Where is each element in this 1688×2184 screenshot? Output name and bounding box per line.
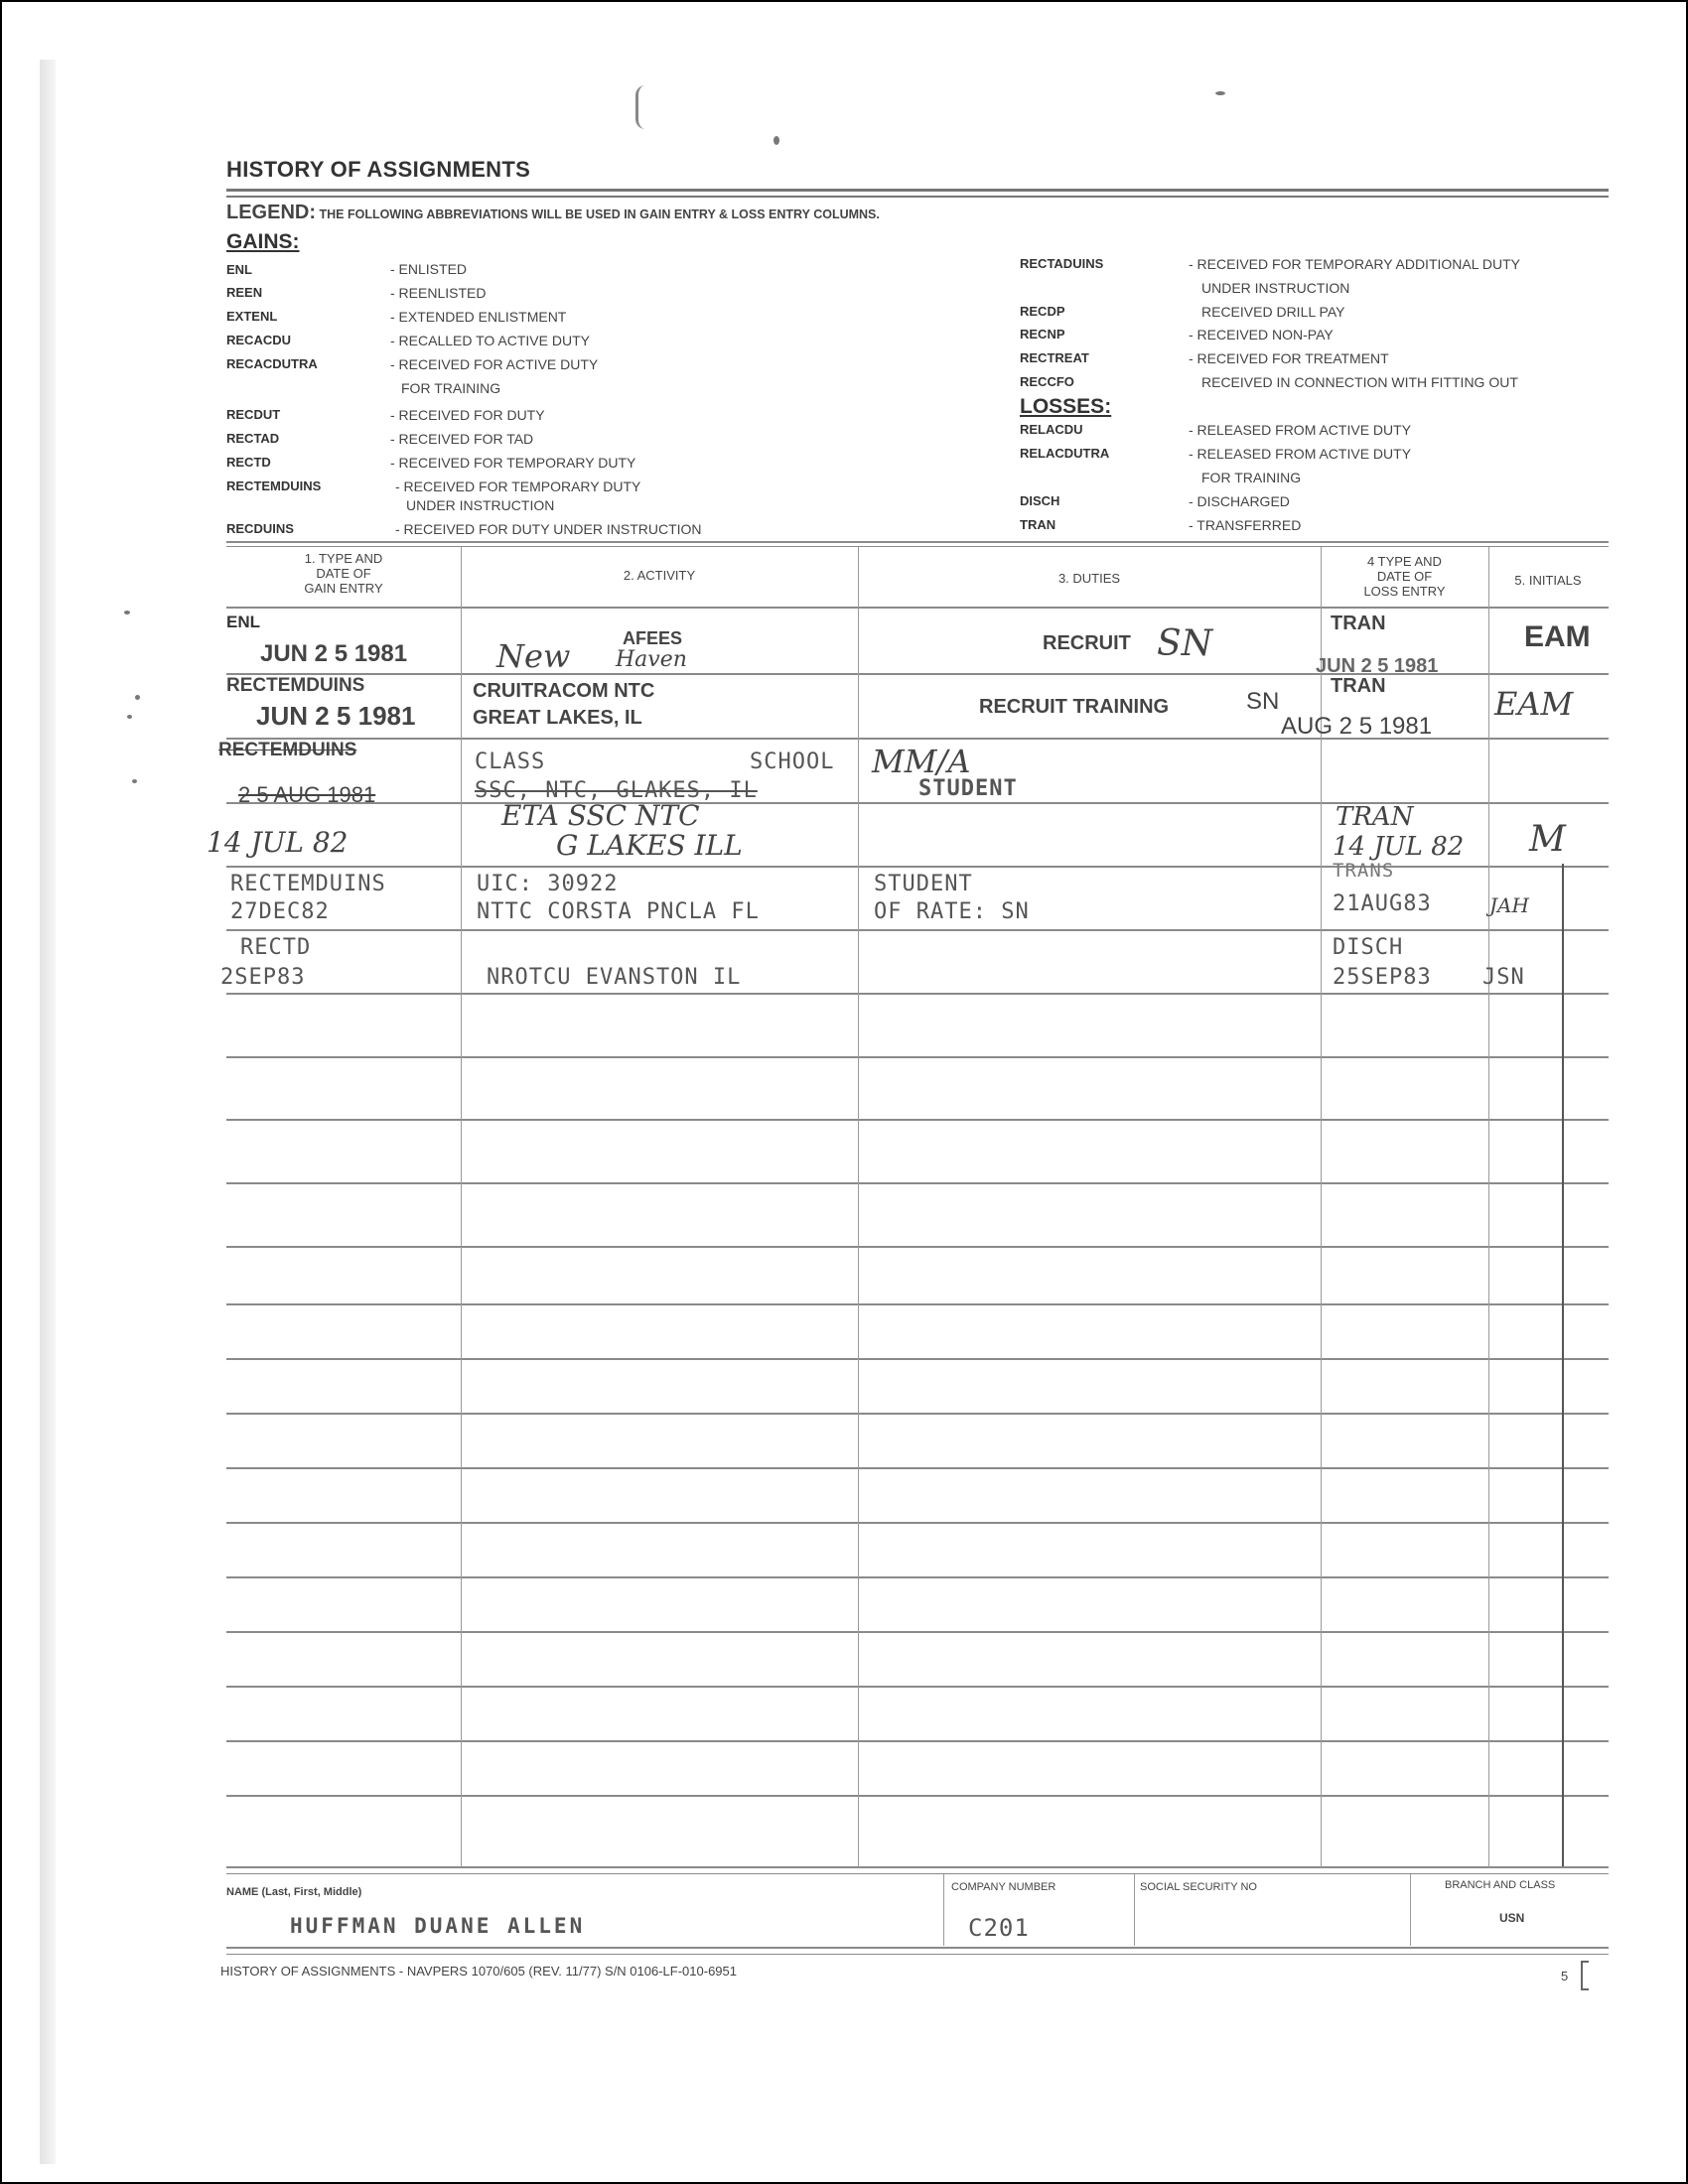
row2-activity-line2: GREAT LAKES, IL [473,707,642,730]
table-top-rule [226,541,1609,543]
row3-activity-school: SCHOOL [750,750,834,774]
header-gain-entry: 1. TYPE AND DATE OF GAIN ENTRY [226,551,461,596]
legend-desc-cont: FOR TRAINING [1201,470,1301,485]
title-rule-top [226,189,1609,192]
branch-label: BRANCH AND CLASS [1445,1879,1555,1891]
row-rule [226,866,1609,868]
col-divider-2 [858,547,859,1867]
legend-desc: - DISCHARGED [1189,493,1290,509]
row-rule [226,1246,1609,1248]
scan-speck [127,715,132,719]
row5-duties-line2: OF RATE: SN [874,899,1030,924]
legend-code: RECTREAT [1020,350,1089,365]
row6-gain-type: RECTD [240,935,311,960]
row4-loss-date: 14 JUL 82 [1333,832,1464,862]
losses-heading: LOSSES: [1020,395,1111,419]
legend-code: TRAN [1020,517,1055,532]
legend-code: RECCFO [1020,374,1074,389]
form-title: HISTORY OF ASSIGNMENTS [226,157,530,183]
legend-code: RECTAD [226,431,279,446]
name-label: NAME (Last, First, Middle) [226,1886,361,1898]
scan-speck [124,611,130,614]
legend-desc: - RECALLED TO ACTIVE DUTY [390,333,590,348]
title-rule-bottom [226,196,1609,198]
legend-desc-cont: UNDER INSTRUCTION [1201,280,1349,296]
legend-desc: - RELEASED FROM ACTIVE DUTY [1189,422,1411,438]
legend-code: EXTENL [226,309,277,324]
row2-gain-type: RECTEMDUINS [226,675,364,697]
scan-mark-bracket [635,85,648,129]
header-duties: 3. DUTIES [858,571,1321,586]
legend-code: RECDUT [226,407,280,422]
row-rule [226,1119,1609,1121]
handdrawn-margin-line [1562,864,1564,1866]
row5-loss-date: 21AUG83 [1333,891,1432,916]
row5-gain-type: RECTEMDUINS [230,872,386,896]
row-rule [226,1358,1609,1360]
footer-divider-1 [943,1874,944,1946]
row2-loss-date: AUG 2 5 1981 [1281,713,1432,741]
row3-gain-date: 2 5 AUG 1981 [238,782,375,808]
legend-code: RECNP [1020,327,1065,341]
row4-gain-date: 14 JUL 82 [207,826,348,859]
legend-code: REEN [226,285,262,300]
row5-loss-type: TRANS [1333,860,1394,882]
row-rule [226,1522,1609,1524]
row3-gain-type: RECTEMDUINS [218,740,356,761]
row2-gain-date: JUN 2 5 1981 [256,701,415,732]
row1-gain-type: ENL [226,613,260,632]
row-rule [226,1740,1609,1742]
header-loss-entry: 4 TYPE AND DATE OF LOSS ENTRY [1321,554,1488,599]
row5-initials: JAH [1489,893,1529,917]
scan-speck [132,779,137,783]
row-rule [226,1795,1609,1797]
row-rule [226,1182,1609,1184]
legend-desc: - TRANSFERRED [1189,517,1301,533]
col-divider-4 [1488,547,1489,1867]
scan-mark-dot [774,136,779,145]
legend-code: RECDP [1020,304,1065,319]
row6-activity: NROTCU EVANSTON IL [487,965,741,990]
page-bracket-mark [1581,1961,1589,1990]
legend-desc: - RECEIVED FOR TEMPORARY ADDITIONAL DUTY [1189,256,1520,272]
row5-gain-date: 27DEC82 [230,899,330,924]
row2-duties-rate: SN [1246,688,1279,716]
row6-initials: JSN [1482,965,1525,990]
table-bottom-rule [226,1866,1609,1868]
legend-intro: LEGEND: THE FOLLOWING ABBREVIATIONS WILL… [226,202,880,224]
col-divider-1 [461,547,462,1867]
header-activity: 2. ACTIVITY [461,568,858,583]
row-rule [226,929,1609,931]
row-rule [226,993,1609,995]
form-identifier: HISTORY OF ASSIGNMENTS - NAVPERS 1070/60… [220,1964,737,1979]
company-number-label: COMPANY NUMBER [951,1881,1055,1893]
row5-activity-location: NTTC CORSTA PNCLA FL [477,899,760,924]
row6-gain-date: 2SEP83 [220,965,305,990]
row-rule [226,1686,1609,1688]
scan-speck [135,695,140,700]
legend-desc-cont: UNDER INSTRUCTION [406,497,554,513]
name-value: HUFFMAN DUANE ALLEN [290,1914,585,1938]
row2-loss-type: TRAN [1331,675,1386,698]
row3-duties: STUDENT [918,776,1018,801]
row-rule [226,1413,1609,1415]
row-rule [226,1056,1609,1058]
row4-activity-line1: ETA SSC NTC [501,799,700,832]
legend-desc: - ENLISTED [390,261,467,277]
row1-loss-type: TRAN [1331,613,1386,635]
legend-desc: RECEIVED IN CONNECTION WITH FITTING OUT [1201,374,1518,390]
row3-activity-class: CLASS [475,750,545,774]
scan-margin-shadow [40,60,56,2164]
legend-desc: - RECEIVED FOR TEMPORARY DUTY [390,455,635,471]
row-rule [226,1467,1609,1469]
scan-mark-tick [1215,91,1225,95]
footer-divider-2 [1134,1874,1135,1946]
row1-activity-haven: Haven [616,647,687,672]
page-number: 5 [1561,1969,1568,1983]
footer-divider-3 [1410,1874,1411,1946]
row2-initials: EAM [1494,685,1573,723]
row5-activity-uic: UIC: 30922 [477,872,618,896]
header-bottom-rule [226,607,1609,609]
row1-gain-date: JUN 2 5 1981 [260,640,407,668]
legend-code: RELACDUTRA [1020,446,1109,461]
gains-heading: GAINS: [226,230,300,254]
legend-code: RECACDU [226,333,291,347]
row6-loss-type: DISCH [1333,935,1403,960]
table-top-rule-2 [226,546,1609,547]
legend-code: RECTEMDUINS [226,478,321,493]
row2-activity-line1: CRUITRACOM NTC [473,680,654,703]
legend-text: THE FOLLOWING ABBREVIATIONS WILL BE USED… [319,207,879,221]
legend-label: LEGEND: [226,202,316,223]
legend-code: RECACDUTRA [226,356,318,371]
legend-item: ENL [226,261,252,279]
legend-desc: - RECEIVED FOR ACTIVE DUTY [390,356,598,372]
legend-desc: - RECEIVED FOR DUTY [390,407,545,423]
row4-initials: M [1529,819,1566,860]
row1-initials: EAM [1524,620,1591,654]
legend-desc: - RECEIVED NON-PAY [1189,327,1334,342]
row3-duties-rating: MM/A [872,743,970,780]
legend-code: RECTD [226,455,271,470]
row4-loss-type: TRAN [1336,802,1413,832]
footer-bottom-rule-2 [226,1954,1609,1955]
row-rule [226,1303,1609,1305]
row5-duties-line1: STUDENT [874,872,973,896]
row1-duties-rate: SN [1157,623,1212,664]
row1-activity-handwritten: New [496,637,570,675]
page-border [0,0,1688,2184]
row1-activity-afees: AFEES [623,628,682,649]
row6-loss-date: 25SEP83 [1333,965,1432,990]
legend-code: RECTADUINS [1020,256,1103,271]
row-rule [226,1576,1609,1578]
footer-bottom-rule [226,1947,1609,1949]
col-divider-3 [1321,547,1322,1867]
ssn-label: SOCIAL SECURITY NO [1140,1881,1257,1893]
row1-duties: RECRUIT [1043,632,1131,655]
legend-code: DISCH [1020,493,1059,508]
legend-code: RELACDU [1020,422,1083,437]
branch-value: USN [1499,1911,1524,1925]
header-initials: 5. INITIALS [1488,573,1608,588]
legend-desc: - EXTENDED ENLISTMENT [390,309,566,325]
legend-desc: - RECEIVED FOR DUTY UNDER INSTRUCTION [395,521,702,537]
legend-desc: RECEIVED DRILL PAY [1201,304,1344,320]
legend-desc: - RELEASED FROM ACTIVE DUTY [1189,446,1411,462]
legend-desc: - RECEIVED FOR TEMPORARY DUTY [395,478,640,494]
legend-desc-cont: FOR TRAINING [401,380,500,396]
legend-desc: - RECEIVED FOR TREATMENT [1189,350,1389,366]
legend-desc: - REENLISTED [390,285,486,301]
table-bottom-rule-2 [226,1873,1609,1874]
row2-duties: RECRUIT TRAINING [979,696,1169,719]
row-rule [226,1631,1609,1633]
legend-code: RECDUINS [226,521,294,536]
company-number-value: C201 [968,1914,1030,1942]
legend-desc: - RECEIVED FOR TAD [390,431,533,447]
row4-activity-line2: G LAKES ILL [556,829,743,862]
